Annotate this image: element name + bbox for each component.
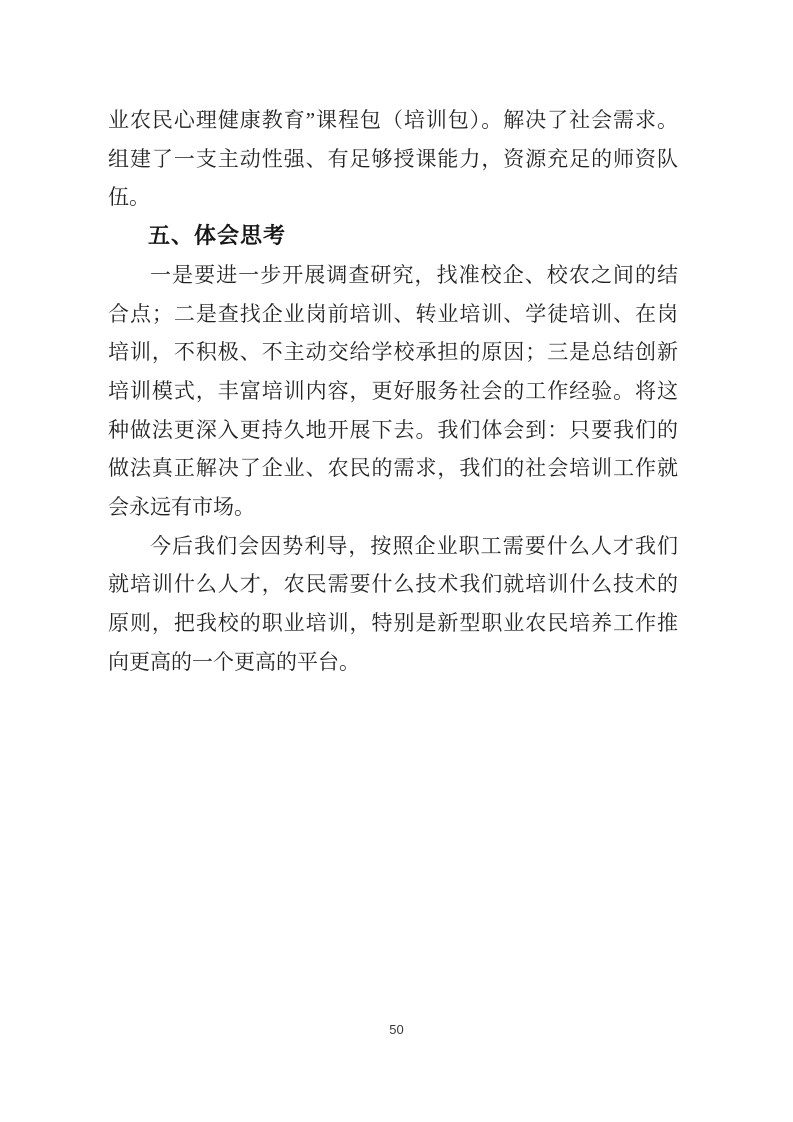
- body-line: 业农民心理健康教育”课程包（培训包）。解决了社会需求。: [108, 101, 678, 140]
- body-line: 向更高的一个更高的平台。: [108, 643, 678, 682]
- body-line: 伍。: [108, 178, 678, 217]
- document-body: 业农民心理健康教育”课程包（培训包）。解决了社会需求。 组建了一支主动性强、有足…: [108, 101, 678, 682]
- body-line: 合点；二是查找企业岗前培训、转业培训、学徒培训、在岗: [108, 295, 678, 334]
- body-line: 会永远有市场。: [108, 488, 678, 527]
- section-heading: 五、体会思考: [108, 217, 678, 256]
- body-line: 今后我们会因势利导，按照企业职工需要什么人才我们: [108, 527, 678, 566]
- document-page: 业农民心理健康教育”课程包（培训包）。解决了社会需求。 组建了一支主动性强、有足…: [0, 0, 793, 1122]
- body-line: 培训，不积极、不主动交给学校承担的原因；三是总结创新: [108, 333, 678, 372]
- body-line: 就培训什么人才，农民需要什么技术我们就培训什么技术的: [108, 565, 678, 604]
- body-line: 一是要进一步开展调查研究，找准校企、校农之间的结: [108, 256, 678, 295]
- body-line: 原则，把我校的职业培训，特别是新型职业农民培养工作推: [108, 604, 678, 643]
- body-line: 组建了一支主动性强、有足够授课能力，资源充足的师资队: [108, 140, 678, 179]
- body-line: 种做法更深入更持久地开展下去。我们体会到：只要我们的: [108, 411, 678, 450]
- body-line: 培训模式，丰富培训内容，更好服务社会的工作经验。将这: [108, 372, 678, 411]
- body-line: 做法真正解决了企业、农民的需求，我们的社会培训工作就: [108, 449, 678, 488]
- page-number: 50: [0, 1022, 793, 1037]
